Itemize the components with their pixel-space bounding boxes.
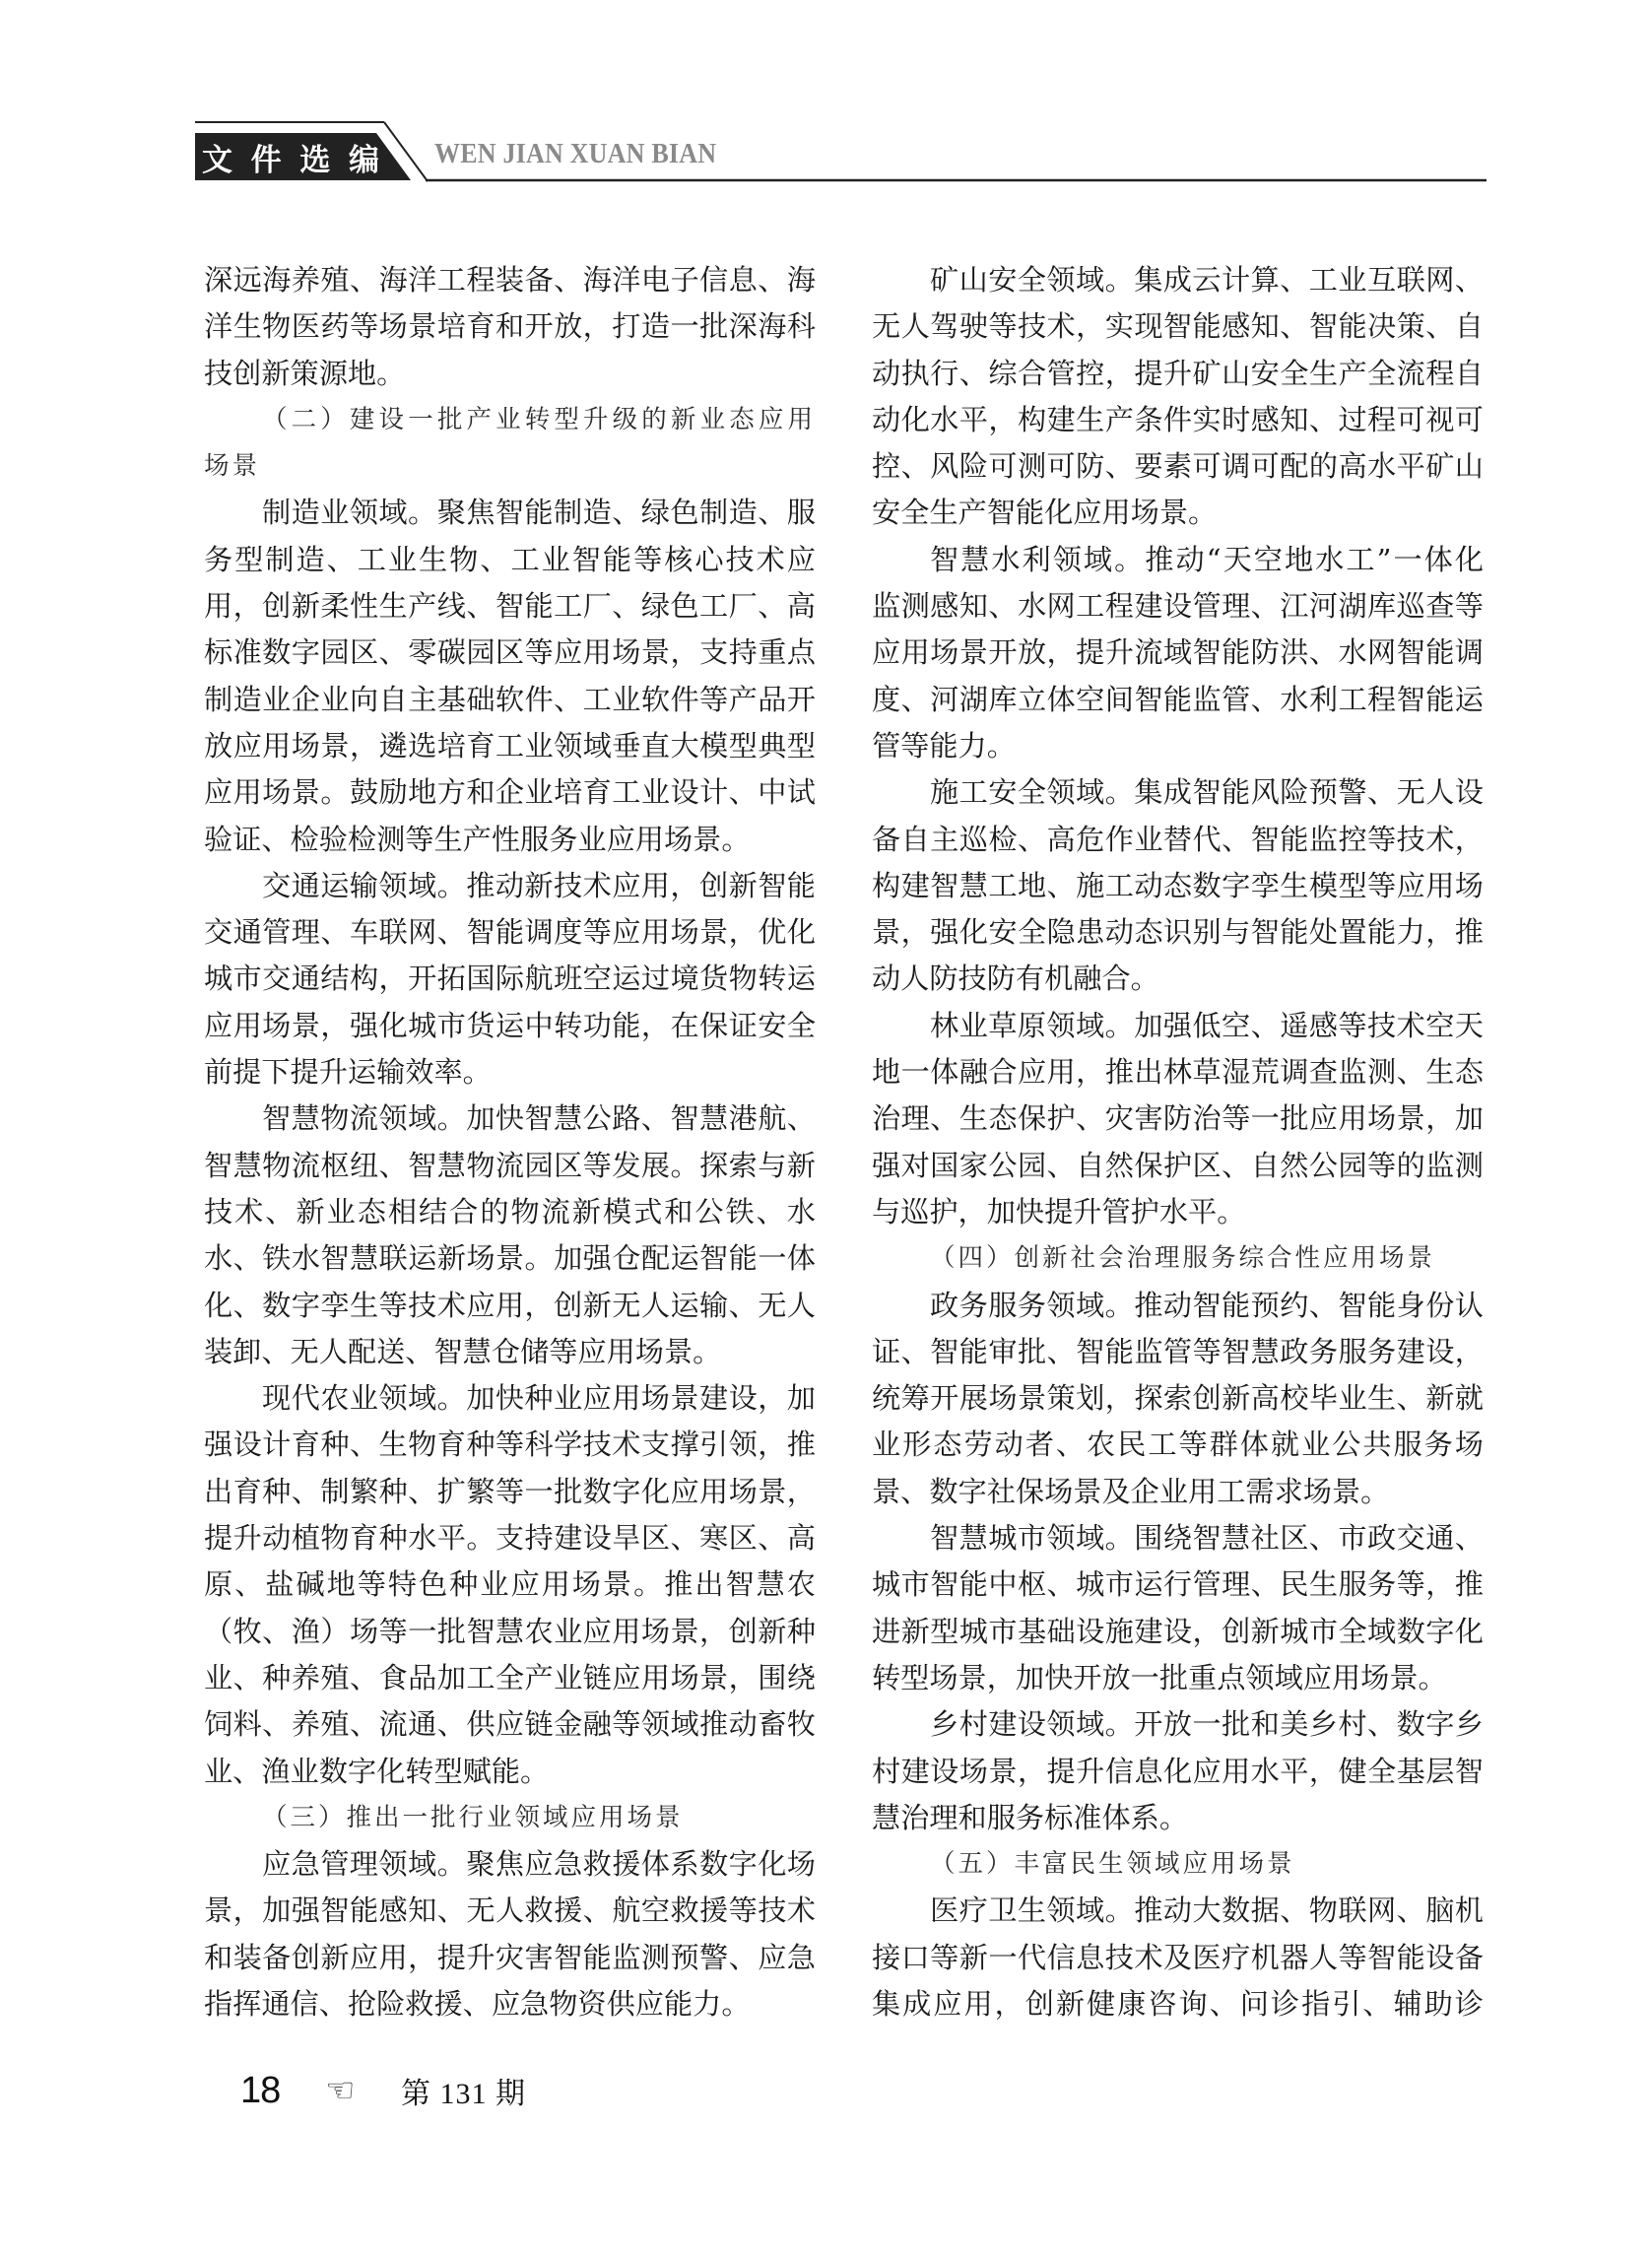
body-text-line: 业形态劳动者、农民工等群体就业公共服务场: [872, 1422, 1484, 1468]
body-text-line: 提升动植物育种水平。支持建设旱区、寒区、高: [204, 1515, 816, 1561]
body-text-line: 集成应用，创新健康咨询、问诊指引、辅助诊: [872, 1981, 1484, 2027]
body-text-line: 制造业领域。聚焦智能制造、绿色制造、服: [204, 490, 816, 536]
body-text-line: 城市智能中枢、城市运行管理、民生服务等，推: [872, 1561, 1484, 1608]
body-text-line: 控、风险可测可防、要素可调可配的高水平矿山: [872, 443, 1484, 490]
body-text-line: 应用场景。鼓励地方和企业培育工业设计、中试: [204, 769, 816, 816]
body-text-line: 构建智慧工地、施工动态数字孪生模型等应用场: [872, 863, 1484, 909]
body-text-line: 接口等新一代信息技术及医疗机器人等智能设备: [872, 1935, 1484, 1981]
body-text-line: 统筹开展场景策划，探索创新高校毕业生、新就: [872, 1375, 1484, 1422]
section-heading-line: （四）创新社会治理服务综合性应用场景: [872, 1235, 1484, 1282]
body-text-line: 智慧城市领域。围绕智慧社区、市政交通、: [872, 1515, 1484, 1561]
body-text-line: 用，创新柔性生产线、智能工厂、绿色工厂、高: [204, 583, 816, 630]
body-text-line: 慧治理和服务标准体系。: [872, 1795, 1484, 1841]
body-text-line: 进新型城市基础设施建设，创新城市全域数字化: [872, 1609, 1484, 1655]
issue-number: 第 131 期: [401, 2069, 526, 2112]
body-text-line: 前提下提升运输效率。: [204, 1049, 816, 1096]
body-text-line: 景，强化安全隐患动态识别与智能处置能力，推: [872, 909, 1484, 956]
pointing-hand-icon: ☜: [325, 2069, 368, 2112]
body-text-line: 景、数字社保场景及企业用工需求场景。: [872, 1469, 1484, 1515]
body-text-line: 转型场景，加快开放一批重点领域应用场景。: [872, 1655, 1484, 1701]
section-heading-line: （三）推出一批行业领域应用场景: [204, 1795, 816, 1841]
body-text-line: 乡村建设领域。开放一批和美乡村、数字乡: [872, 1701, 1484, 1748]
body-text-line: 强设计育种、生物育种等科学技术支撑引领，推: [204, 1422, 816, 1468]
body-text-line: 备自主巡检、高危作业替代、智能监控等技术，: [872, 817, 1484, 863]
body-text-line: 交通运输领域。推动新技术应用，创新智能: [204, 863, 816, 909]
body-text-line: 水、铁水智慧联运新场景。加强仓配运智能一体: [204, 1235, 816, 1282]
body-text-line: 现代农业领域。加快种业应用场景建设，加: [204, 1375, 816, 1422]
body-text-line: 动化水平，构建生产条件实时感知、过程可视可: [872, 397, 1484, 443]
body-text-line: 安全生产智能化应用场景。: [872, 490, 1484, 536]
body-text-line: 动执行、综合管控，提升矿山安全生产全流程自: [872, 351, 1484, 397]
body-text-line: 指挥通信、抢险救援、应急物资供应能力。: [204, 1981, 816, 2027]
body-text-line: 城市交通结构，开拓国际航班空运过境货物转运: [204, 956, 816, 1002]
body-text-line: （牧、渔）场等一批智慧农业应用场景，创新种: [204, 1609, 816, 1655]
section-heading-line: （二）建设一批产业转型升级的新业态应用: [204, 397, 816, 443]
body-text-line: 饲料、养殖、流通、供应链金融等领域推动畜牧: [204, 1701, 816, 1748]
section-title-cn: 文 件 选 编: [202, 134, 379, 179]
body-text-line: 智慧物流枢纽、智慧物流园区等发展。探索与新: [204, 1143, 816, 1189]
body-text-line: 治理、生态保护、灾害防治等一批应用场景，加: [872, 1096, 1484, 1142]
body-text-line: 地一体融合应用，推出林草湿荒调查监测、生态: [872, 1049, 1484, 1096]
body-text-line: 原、盐碱地等特色种业应用场景。推出智慧农: [204, 1561, 816, 1608]
body-text-line: 应用场景，强化城市货运中转功能，在保证安全: [204, 1003, 816, 1049]
section-heading-line: 场景: [204, 443, 816, 490]
body-text-line: 与巡护，加快提升管护水平。: [872, 1189, 1484, 1235]
body-text-line: 应急管理领域。聚焦应急救援体系数字化场: [204, 1841, 816, 1888]
body-text-line: 施工安全领域。集成智能风险预警、无人设: [872, 769, 1484, 816]
body-text-line: 制造业企业向自主基础软件、工业软件等产品开: [204, 677, 816, 723]
body-text-line: 技术、新业态相结合的物流新模式和公铁、水: [204, 1189, 816, 1235]
body-text-line: 和装备创新应用，提升灾害智能监测预警、应急: [204, 1935, 816, 1981]
body-text-line: 度、河湖库立体空间智能监管、水利工程智能运: [872, 677, 1484, 723]
body-text-line: 强对国家公园、自然保护区、自然公园等的监测: [872, 1143, 1484, 1189]
body-text-line: 标准数字园区、零碳园区等应用场景，支持重点: [204, 630, 816, 676]
body-text-line: 监测感知、水网工程建设管理、江河湖库巡查等: [872, 583, 1484, 630]
section-header: 文 件 选 编 WEN JIAN XUAN BIAN: [0, 0, 1652, 197]
body-text-line: 智慧物流领域。加快智慧公路、智慧港航、: [204, 1096, 816, 1142]
body-text-line: 村建设场景，提升信息化应用水平，健全基层智: [872, 1749, 1484, 1795]
body-text-line: 管等能力。: [872, 723, 1484, 769]
body-text-line: 化、数字孪生等技术应用，创新无人运输、无人: [204, 1283, 816, 1329]
body-text-line: 技创新策源地。: [204, 351, 816, 397]
body-text-line: 放应用场景，遴选培育工业领域垂直大模型典型: [204, 723, 816, 769]
body-text-line: 无人驾驶等技术，实现智能感知、智能决策、自: [872, 303, 1484, 350]
body-text-line: 医疗卫生领域。推动大数据、物联网、脑机: [872, 1888, 1484, 1934]
section-heading-line: （五）丰富民生领域应用场景: [872, 1841, 1484, 1888]
body-text-line: 深远海养殖、海洋工程装备、海洋电子信息、海: [204, 257, 816, 303]
body-text-line: 装卸、无人配送、智慧仓储等应用场景。: [204, 1329, 816, 1375]
body-text-line: 业、渔业数字化转型赋能。: [204, 1749, 816, 1795]
body-text-line: 林业草原领域。加强低空、遥感等技术空天: [872, 1003, 1484, 1049]
body-text-line: 证、智能审批、智能监管等智慧政务服务建设，: [872, 1329, 1484, 1375]
body-text-line: 验证、检验检测等生产性服务业应用场景。: [204, 817, 816, 863]
body-text-line: 业、种养殖、食品加工全产业链应用场景，围绕: [204, 1655, 816, 1701]
body-text-line: 应用场景开放，提升流域智能防洪、水网智能调: [872, 630, 1484, 676]
body-text-line: 景，加强智能感知、无人救援、航空救援等技术: [204, 1888, 816, 1934]
right-column: 矿山安全领域。集成云计算、工业互联网、无人驾驶等技术，实现智能感知、智能决策、自…: [872, 257, 1484, 2027]
body-text-line: 动人防技防有机融合。: [872, 956, 1484, 1002]
section-title-char: 编: [349, 135, 379, 179]
section-title-char: 件: [251, 135, 282, 179]
body-text-line: 务型制造、工业生物、工业智能等核心技术应: [204, 537, 816, 583]
section-title-char: 文: [202, 135, 232, 179]
body-text-line: 政务服务领域。推动智能预约、智能身份认: [872, 1283, 1484, 1329]
left-column: 深远海养殖、海洋工程装备、海洋电子信息、海洋生物医药等场景培育和开放，打造一批深…: [204, 257, 816, 2027]
page-number: 18: [240, 2070, 280, 2112]
section-title-en: WEN JIAN XUAN BIAN: [434, 138, 716, 171]
body-text-line: 智慧水利领域。推动“天空地水工”一体化: [872, 537, 1484, 583]
body-text-line: 出育种、制繁种、扩繁等一批数字化应用场景，: [204, 1469, 816, 1515]
page-footer: 18 ☜ 第 131 期: [240, 2069, 526, 2112]
body-text-line: 矿山安全领域。集成云计算、工业互联网、: [872, 257, 1484, 303]
section-title-char: 选: [299, 135, 330, 179]
body-text-line: 交通管理、车联网、智能调度等应用场景，优化: [204, 909, 816, 956]
body-text-line: 洋生物医药等场景培育和开放，打造一批深海科: [204, 303, 816, 350]
